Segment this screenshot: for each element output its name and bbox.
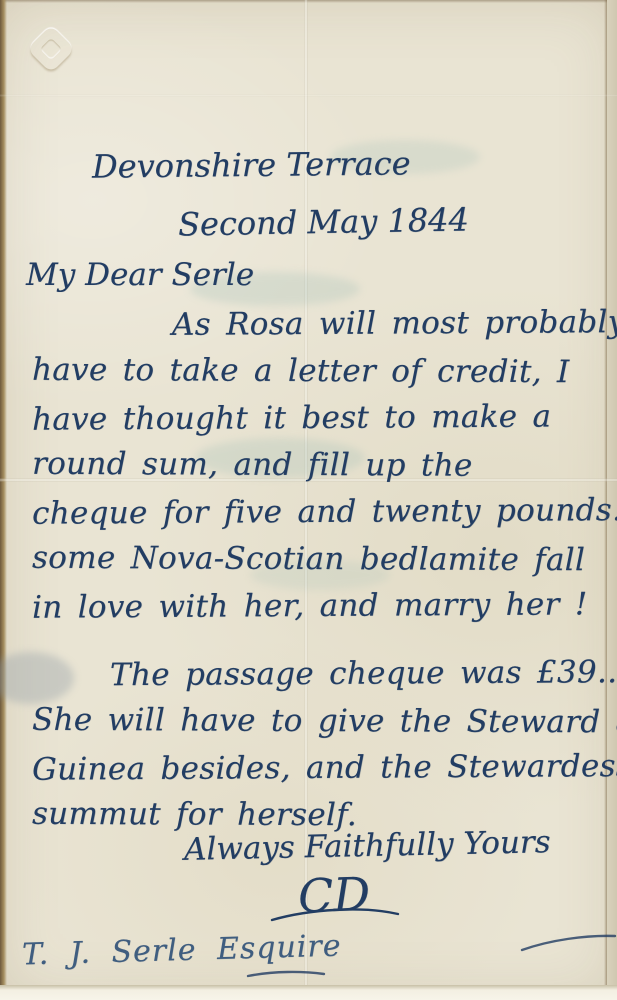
letter-line: The passage cheque was £39..18..0 [32, 649, 592, 699]
letter-valediction: Always Faithfully Yours [184, 824, 551, 868]
letter-line: have thought it best to make a [32, 393, 592, 443]
letter-line: She will have to give the Steward a [32, 697, 592, 746]
letter-line: in love with her, and marry her ! [32, 581, 592, 631]
embossed-seal [24, 20, 78, 80]
letter-line: round sum, and fill up the [32, 441, 592, 490]
stray-pen-stroke [520, 932, 617, 954]
recipient-underline-flourish [246, 968, 326, 980]
letter-paragraph: The passage cheque was £39..18..0She wil… [32, 651, 592, 839]
page-edge-bottom [0, 985, 617, 1000]
letter-salutation: My Dear Serle [26, 257, 254, 293]
letter-line: Guinea besides, and the Stewardess [32, 743, 592, 793]
letter-line: cheque for five and twenty pounds. May [32, 487, 592, 537]
horizontal-fold-crease-top [0, 94, 617, 97]
letter-recipient-line: T. J. Serle Esquire [22, 929, 342, 973]
letter-line: As Rosa will most probably [32, 299, 592, 349]
letter-line: have to take a letter of credit, I [32, 347, 592, 396]
letter-date-line: Second May 1844 [178, 200, 469, 243]
page-edge-left [0, 0, 7, 988]
scanned-letter-page: Devonshire Terrace Second May 1844 My De… [0, 0, 617, 1000]
letter-place-line: Devonshire Terrace [92, 144, 411, 185]
letter-line: some Nova-Scotian bedlamite fall [32, 535, 592, 584]
letter-signature: CD [297, 867, 371, 923]
letter-paragraph: As Rosa will most probablyhave to take a… [32, 301, 592, 630]
page-edge-top [0, 0, 617, 3]
letter-body: As Rosa will most probablyhave to take a… [32, 301, 592, 839]
